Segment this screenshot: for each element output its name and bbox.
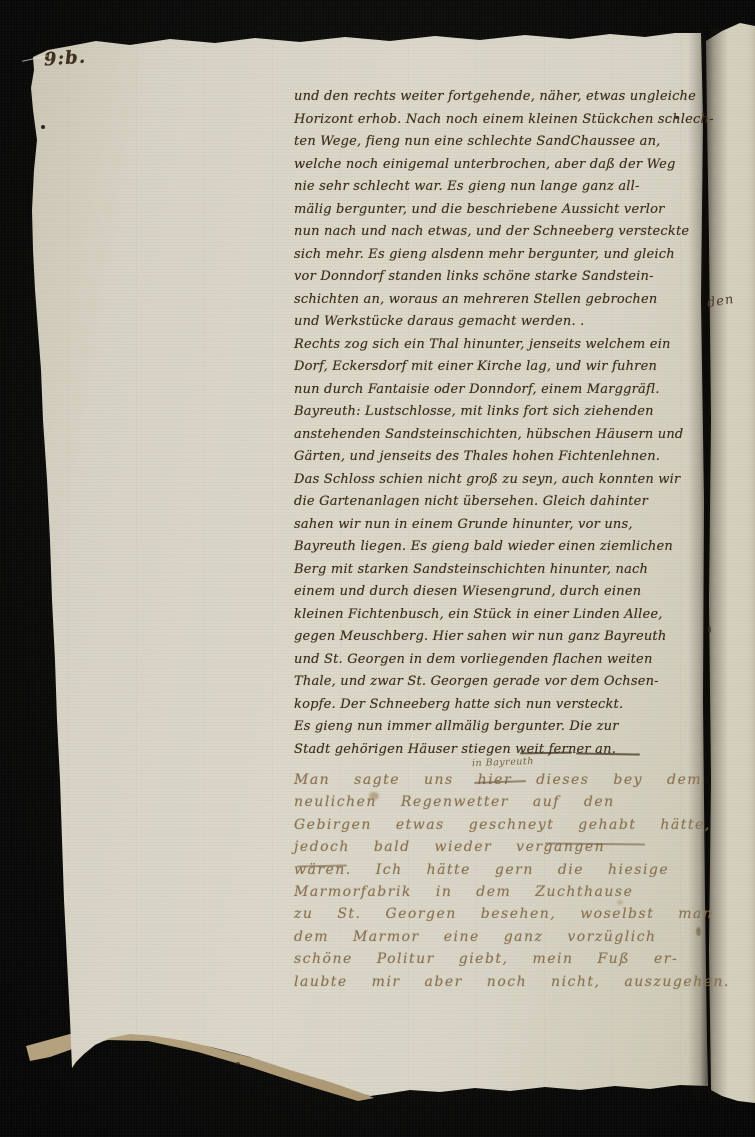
folio-number: 9:b.	[43, 47, 86, 71]
manuscript-line: zu St. Georgen besehen, woselbst man	[294, 903, 710, 925]
manuscript-line: gegen Meuschberg. Hier sahen wir nun gan…	[294, 626, 710, 649]
manuscript-line: mälig bergunter, und die beschriebene Au…	[294, 199, 710, 222]
manuscript-line: wären. Ich hätte gern die hiesige	[294, 859, 710, 881]
manuscript-line: vor Donndorf standen links schöne starke…	[294, 266, 710, 289]
fox-spot	[617, 900, 623, 905]
manuscript-line: Rechts zog sich ein Thal hinunter, jense…	[294, 334, 710, 357]
manuscript-line: sich mehr. Es gieng alsdenn mehr bergunt…	[294, 244, 710, 267]
manuscript-line: schichten an, woraus an mehreren Stellen…	[294, 289, 710, 312]
manuscript-line: Bayreuth liegen. Es gieng bald wieder ei…	[294, 536, 710, 559]
ink-speck	[675, 116, 678, 119]
manuscript-line: nun durch Fantaisie oder Donndorf, einem…	[294, 379, 710, 402]
manuscript-line: Dorf, Eckersdorf mit einer Kirche lag, u…	[294, 356, 710, 379]
fox-spot	[696, 927, 701, 936]
manuscript-line: und Werkstücke daraus gemacht werden. .	[294, 311, 710, 334]
manuscript-line: und den rechts weiter fortgehende, näher…	[294, 86, 710, 109]
manuscript-line: anstehenden Sandsteinschichten, hübschen…	[294, 424, 710, 447]
ink-speck	[41, 125, 45, 129]
manuscript-line: nie sehr schlecht war. Es gieng nun lang…	[294, 176, 710, 199]
manuscript-line: Das Schloss schien nicht groß zu seyn, a…	[294, 469, 710, 492]
manuscript-line: und St. Georgen in dem vorliegenden flac…	[294, 649, 710, 672]
manuscript-line: Gärten, und jenseits des Thales hohen Fi…	[294, 446, 710, 469]
manuscript-line: dem Marmor eine ganz vorzüglich	[294, 926, 710, 948]
fox-spot	[369, 792, 379, 800]
manuscript-line: laubte mir aber noch nicht, auszugehen.	[294, 971, 710, 993]
manuscript-line: welche noch einigemal unterbrochen, aber…	[294, 154, 710, 177]
manuscript-line: einem und durch diesen Wiesengrund, durc…	[294, 581, 710, 604]
manuscript-line: kopfe. Der Schneeberg hatte sich nun ver…	[294, 694, 710, 717]
ink-speck	[708, 626, 711, 633]
manuscript-line: kleinen Fichtenbusch, ein Stück in einer…	[294, 604, 710, 627]
manuscript-line: Gebirgen etwas geschneyt gehabt hätte,	[294, 814, 710, 836]
manuscript-line: schöne Politur giebt, mein Fuß er-	[294, 948, 710, 970]
interlinear-insertion: in Bayreuth	[472, 756, 534, 769]
manuscript-line: Marmorfabrik in dem Zuchthause	[294, 881, 710, 903]
manuscript-line: Berg mit starken Sandsteinschichten hinu…	[294, 559, 710, 582]
manuscript-line: neulichen Regenwetter auf den	[294, 791, 710, 813]
manuscript-line: Es gieng nun immer allmälig bergunter. D…	[294, 716, 710, 739]
manuscript-line: Horizont erhob. Nach noch einem kleinen …	[294, 109, 710, 132]
manuscript-line: ten Wege, fieng nun eine schlechte SandC…	[294, 131, 710, 154]
manuscript-line: die Gartenanlagen nicht übersehen. Gleic…	[294, 491, 710, 514]
ink-speck	[236, 1062, 240, 1065]
manuscript-text-block: und den rechts weiter fortgehende, näher…	[294, 86, 710, 993]
manuscript-line: nun nach und nach etwas, und der Schneeb…	[294, 221, 710, 244]
manuscript-line: jedoch bald wieder vergangen	[294, 836, 710, 858]
manuscript-line: sahen wir nun in einem Grunde hinunter, …	[294, 514, 710, 537]
photo-background: 9:b. den und den rechts weiter fortgehen…	[0, 0, 755, 1137]
faded-text-block: Man sagte uns hier dieses bey demneulich…	[294, 769, 710, 993]
manuscript-line: Thale, und zwar St. Georgen gerade vor d…	[294, 671, 710, 694]
manuscript-line: Bayreuth: Lustschlosse, mit links fort s…	[294, 401, 710, 424]
